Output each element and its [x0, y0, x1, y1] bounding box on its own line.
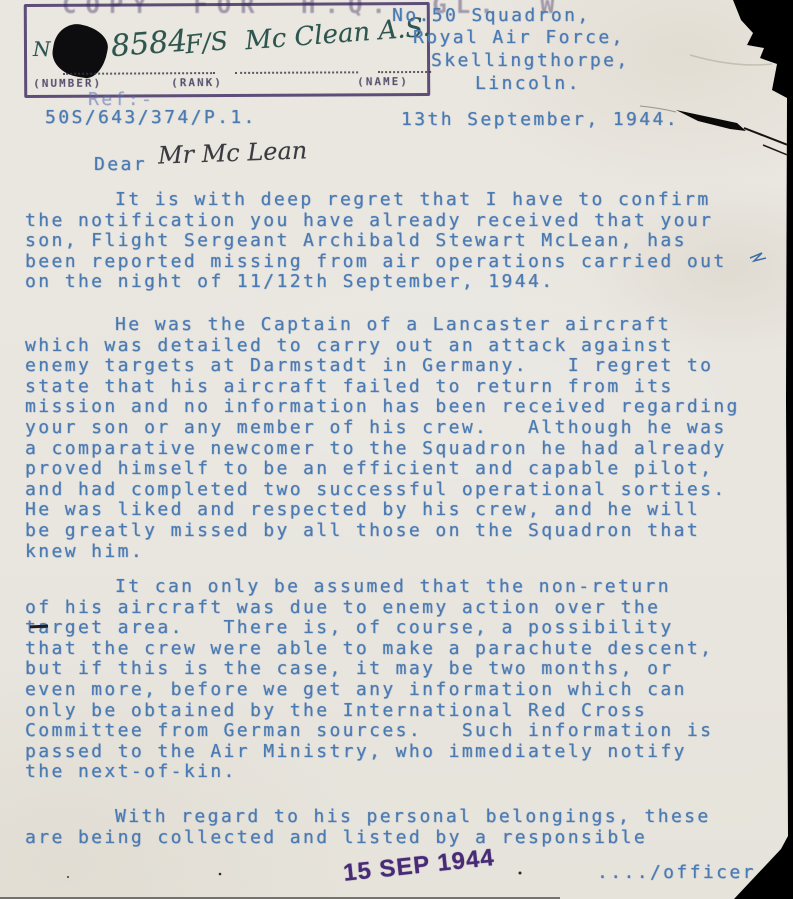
dotted-rule-rank: [235, 65, 358, 74]
body-paragraph-3: It can only be assumed that the non-retu…: [25, 577, 773, 783]
stamp-number-prefix-handwriting: N: [33, 37, 51, 61]
body-paragraph-2: He was the Captain of a Lancaster aircra…: [25, 315, 773, 562]
page-continuation-marker: ..../officer: [597, 863, 756, 884]
body-paragraph-4: With regard to his personal belongings, …: [25, 807, 773, 848]
stamp-rank-label: (RANK): [171, 76, 223, 89]
letterhead-address-line-3: Skellingthorpe,: [431, 51, 630, 72]
reference-number: 50S/643/374/P.1.: [45, 108, 257, 129]
receipt-stamp-box: N 8584 F/S Mc Clean A.S. (NUMBER) (RANK)…: [24, 2, 430, 98]
salutation-typed: Dear: [94, 155, 147, 176]
scanned-letter-screenshot: { "header_stamp_text": "COPY FOR H.Q. GL…: [0, 0, 793, 899]
stamp-rank-handwriting: F/S: [183, 26, 229, 60]
letter-page: COPY FOR H.Q. GL. W N 8584 F/S Mc Clean …: [0, 0, 793, 899]
stamp-service-number-handwriting: 8584: [110, 24, 189, 65]
dotted-rule-name: [378, 65, 431, 73]
letter-date: 13th September, 1944.: [401, 110, 679, 131]
stamp-number-label: (NUMBER): [33, 77, 102, 90]
received-date-stamp: 15 SEP 1944: [342, 844, 496, 888]
letterhead-address-line-4: Lincoln.: [475, 74, 581, 95]
dotted-rule-number: [63, 66, 215, 75]
letterhead-address-line-2: Royal Air Force,: [413, 28, 625, 49]
stamp-name-label: (NAME): [357, 75, 409, 88]
salutation-name-handwriting: Mr Mc Lean: [158, 136, 308, 169]
body-paragraph-1: It is with deep regret that I have to co…: [25, 190, 773, 293]
letterhead-address-line-1: No.50 Squadron,: [392, 6, 591, 27]
